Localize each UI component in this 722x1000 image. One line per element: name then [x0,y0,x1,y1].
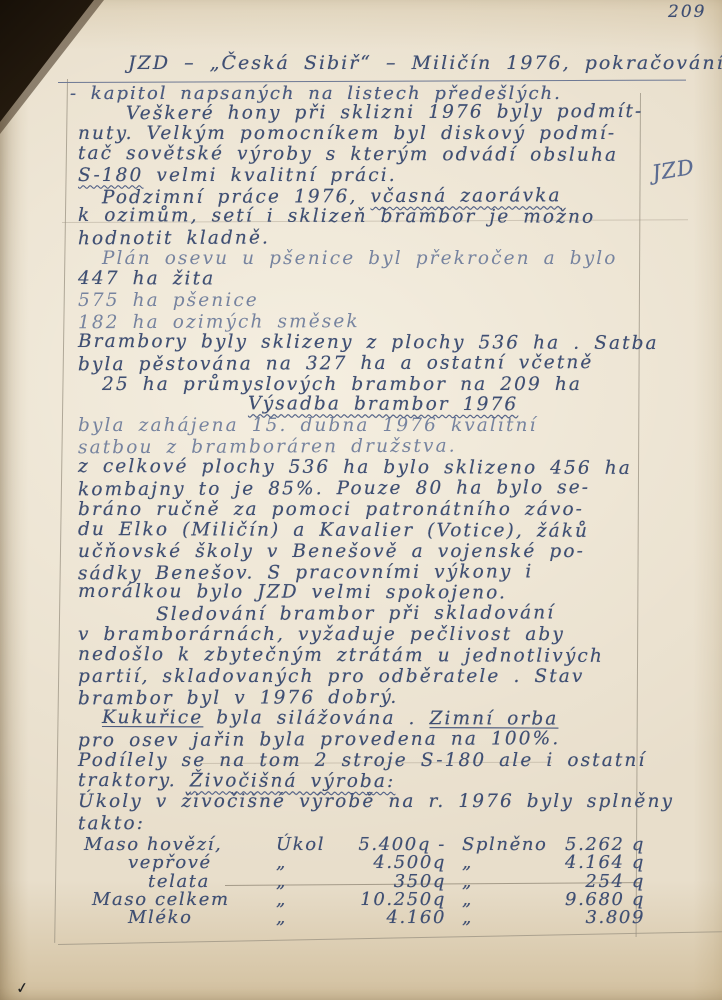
text-segment: partií, skladovaných pro odběratele . St… [78,666,584,687]
text-segment: byla pěstována na 327 ha a ostatní včetn… [78,352,594,375]
text-segment: 447 ha žita [78,268,215,289]
handwritten-line: du Elko (Miličín) a Kavalier (Votice), ž… [78,520,670,543]
text-segment: 25 ha průmyslových brambor na 209 ha [102,374,582,395]
handwritten-line: takto: [78,812,670,835]
handwritten-line: Úkoly v živočišné výrobě na r. 1976 byly… [78,792,670,813]
text-segment: morálkou bylo JZD velmi spokojeno. [78,581,507,603]
table-cell-v1: 4.160 [328,909,456,927]
text-segment: brambor byl v 1976 dobrý. [78,687,398,709]
handwritten-line: pro osev jařin byla provedena na 100%. [78,728,670,751]
text-segment: byla silážována . [203,707,429,729]
ruled-border-bottom [58,931,722,945]
handwriting-body: Veškeré hony při sklizni 1976 byly podmí… [70,103,670,834]
text-segment: du Elko (Miličín) a Kavalier (Votice), ž… [78,519,589,542]
text-segment: Úkoly v živočišné výrobě na r. 1976 byly… [78,791,674,812]
text-segment: bráno ručně za pomoci patronátního závo- [78,499,584,520]
check-mark: ✓ [15,978,30,998]
text-segment: hodnotit kladně. [78,228,270,250]
text-segment: Plán osevu u pšenice byl překročen a byl… [102,248,618,269]
underlined-phrase: Kukuřice [102,707,203,728]
table-cell-item: Mléko [70,909,270,927]
text-segment: byla zahájena 15. dubna 1976 kvalitní [78,415,538,436]
text-segment: nuty. Velkým pomocníkem byl diskový podm… [78,123,616,144]
production-table: Maso hovězí,Úkol5.400q -Splněno5.262 qve… [70,836,655,927]
text-segment: k ozimům, setí i sklizeň brambor je možn… [78,205,595,228]
handwritten-line: tač sovětské výroby s kterým odvádí obsl… [78,144,670,167]
handwritten-line: Kukuřice byla silážována . Zimní orba [102,708,670,731]
text-segment: velmi kvalitní práci. [143,165,396,186]
underlined-phrase: Živočišná výroba: [190,770,396,792]
text-segment: 575 ha pšenice [78,290,259,311]
text-segment: z celkové plochy 536 ha bylo sklizeno 45… [78,456,632,479]
text-segment: takto: [78,813,145,834]
handwritten-line: traktory. Živočišná výroba: [78,770,670,793]
text-segment: Sledování brambor při skladování [156,603,555,626]
handwritten-line: morálkou bylo JZD velmi spokojeno. [78,582,670,605]
underlined-phrase: Zimní orba [430,708,559,729]
text-segment: satbou z bramboráren družstva. [78,436,457,459]
handwritten-line: Veškeré hony při sklizni 1976 byly podmí… [126,102,670,125]
text-segment: pro osev jařin byla provedena na 100%. [78,728,560,751]
handwritten-line: bráno ručně za pomoci patronátního závo- [78,500,670,521]
handwritten-line: Sledování brambor při skladování [156,603,670,626]
text-segment: Podílely se na tom 2 stroje S-180 ale i … [78,750,646,771]
handwritten-line: byla pěstována na 327 ha a ostatní včetn… [78,352,670,375]
underlined-phrase: S-180 [78,165,143,186]
text-segment: kombajny to je 85%. Pouze 80 ha bylo se- [78,477,590,500]
text-segment: traktory. [78,769,190,790]
handwritten-line: Plán osevu u pšenice byl překročen a byl… [102,249,670,270]
handwritten-line: Výsadba brambor 1976 [248,395,670,417]
text-segment: Brambory byly sklizeny z plochy 536 ha .… [78,331,659,354]
table-cell-v2: 3.809 [532,909,655,927]
table-cell-c1: „ [270,854,328,872]
table-cell-c1: „ [270,909,328,927]
handwritten-line: v bramborárnách, vyžaduje pečlivost aby [78,625,670,646]
page-number: 209 [668,2,706,22]
handwritten-line: nedošlo k zbytečným ztrátám u jednotlivý… [78,645,670,668]
text-segment: nedošlo k zbytečným ztrátám u jednotlivý… [78,644,604,667]
underlined-phrase: včasná zaorávka [370,185,561,207]
handwritten-line: 25 ha průmyslových brambor na 209 ha [102,375,670,396]
handwritten-line: k ozimům, setí i sklizeň brambor je možn… [78,206,670,229]
table-cell-v2: 4.164 q [532,854,655,872]
table-cell-c2: „ [456,909,532,927]
table-cell-item: vepřové [70,854,270,872]
text-segment: Veškeré hony při sklizni 1976 byly podmí… [126,101,643,124]
handwritten-line: byla zahájena 15. dubna 1976 kvalitní [78,416,670,437]
scanned-page: 209 JZD ✓ JZD – „Česká Sibiř“ – Miličín … [0,0,722,1000]
text-segment: 182 ha ozimých směsek [78,311,360,333]
handwritten-line: 447 ha žita [78,269,670,292]
handwritten-line: Podílely se na tom 2 stroje S-180 ale i … [78,751,670,772]
text-segment: učňovské školy v Benešově a vojenské po- [78,541,585,562]
table-cell-v1: 4.500q [328,854,456,872]
handwritten-line: partií, skladovaných pro odběratele . St… [78,667,670,688]
underlined-phrase: Výsadba brambor 1976 [248,394,518,416]
handwritten-line: nuty. Velkým pomocníkem byl diskový podm… [78,124,670,145]
handwritten-line: S-180 velmi kvalitní práci. [78,166,670,187]
page-title: JZD – „Česká Sibiř“ – Miličín 1976, pokr… [70,52,722,74]
handwritten-line: učňovské školy v Benešově a vojenské po- [78,542,670,563]
handwritten-line: hodnotit kladně. [78,227,670,250]
text-segment: tač sovětské výroby s kterým odvádí obsl… [78,143,618,166]
ruled-border-left [54,79,68,943]
table-cell-c2: „ [456,854,532,872]
handwritten-line: 575 ha pšenice [78,291,670,312]
text-segment: v bramborárnách, vyžaduje pečlivost aby [78,624,565,645]
handwritten-line: kombajny to je 85%. Pouze 80 ha bylo se- [78,478,670,501]
